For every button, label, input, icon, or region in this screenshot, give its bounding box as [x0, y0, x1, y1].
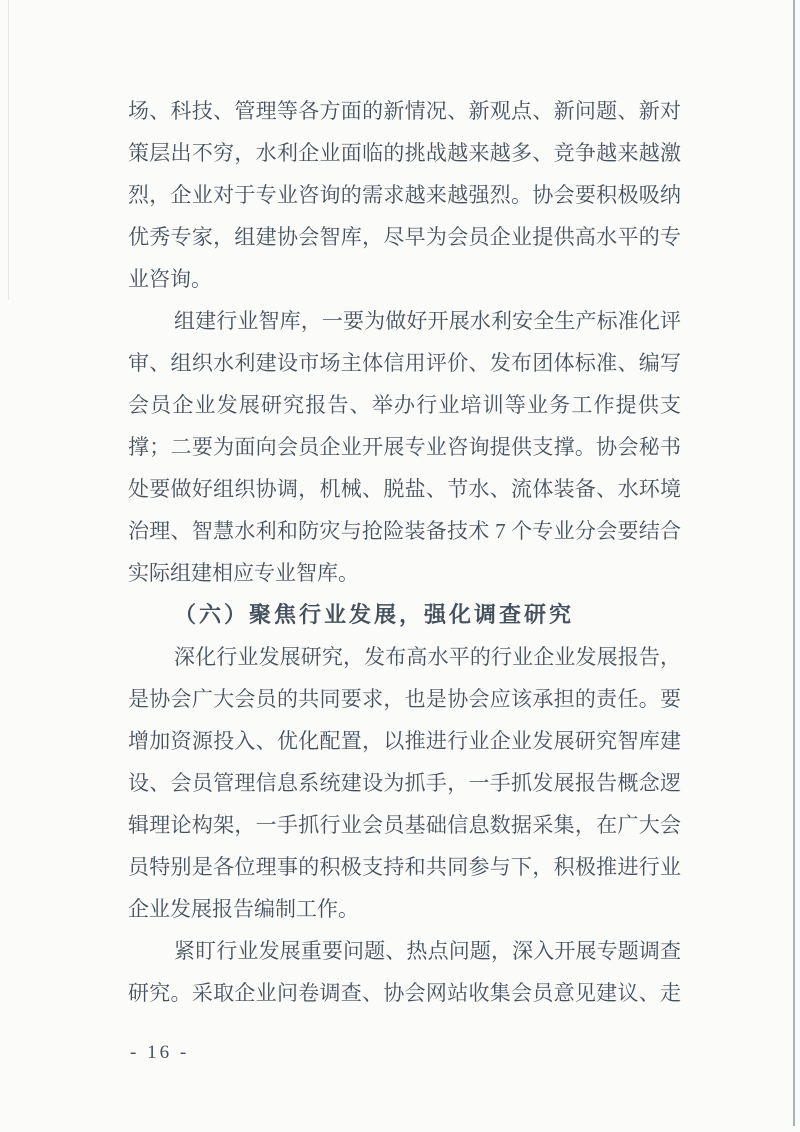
text-line: 场、科技、管理等各方面的新情况、新观点、新问题、新对: [128, 90, 681, 132]
text-line: 烈，企业对于专业咨询的需求越来越强烈。协会要积极吸纳: [128, 174, 681, 216]
text-line: 企业发展报告编制工作。: [128, 888, 681, 930]
text-line: 撑；二要为面向会员企业开展专业咨询提供支撑。协会秘书: [128, 426, 681, 468]
document-page: 场、科技、管理等各方面的新情况、新观点、新问题、新对策层出不穷，水利企业面临的挑…: [0, 0, 800, 1132]
text-line: 深化行业发展研究，发布高水平的行业企业发展报告，: [128, 636, 681, 678]
text-line: 组建行业智库，一要为做好开展水利安全生产标准化评: [128, 300, 681, 342]
text-line: 紧盯行业发展重要问题、热点问题，深入开展专题调查: [128, 930, 681, 972]
text-line: 研究。采取企业问卷调查、协会网站收集会员意见建议、走: [128, 972, 681, 1014]
text-line: 辑理论构架，一手抓行业会员基础信息数据采集，在广大会: [128, 804, 681, 846]
scan-edge-left: [8, 0, 9, 300]
scan-edge-right: [793, 0, 795, 1126]
section-heading: （六）聚焦行业发展，强化调查研究: [128, 594, 681, 636]
text-line: 员特别是各位理事的积极支持和共同参与下，积极推进行业: [128, 846, 681, 888]
text-line: 治理、智慧水利和防灾与抢险装备技术 7 个专业分会要结合: [128, 510, 681, 552]
text-line: 增加资源投入、优化配置，以推进行业企业发展研究智库建: [128, 720, 681, 762]
text-line: 审、组织水利建设市场主体信用评价、发布团体标准、编写: [128, 342, 681, 384]
text-line: 设、会员管理信息系统建设为抓手，一手抓发展报告概念逻: [128, 762, 681, 804]
text-line: 优秀专家，组建协会智库，尽早为会员企业提供高水平的专: [128, 216, 681, 258]
text-line: 是协会广大会员的共同要求，也是协会应该承担的责任。要: [128, 678, 681, 720]
text-line: 实际组建相应专业智库。: [128, 552, 681, 594]
text-line: 处要做好组织协调，机械、脱盐、节水、流体装备、水环境: [128, 468, 681, 510]
document-body: 场、科技、管理等各方面的新情况、新观点、新问题、新对策层出不穷，水利企业面临的挑…: [128, 90, 681, 1014]
text-line: 会员企业发展研究报告、举办行业培训等业务工作提供支: [128, 384, 681, 426]
text-line: 策层出不穷，水利企业面临的挑战越来越多、竞争越来越激: [128, 132, 681, 174]
page-number: - 16 -: [130, 1042, 189, 1064]
text-line: 业咨询。: [128, 258, 681, 300]
